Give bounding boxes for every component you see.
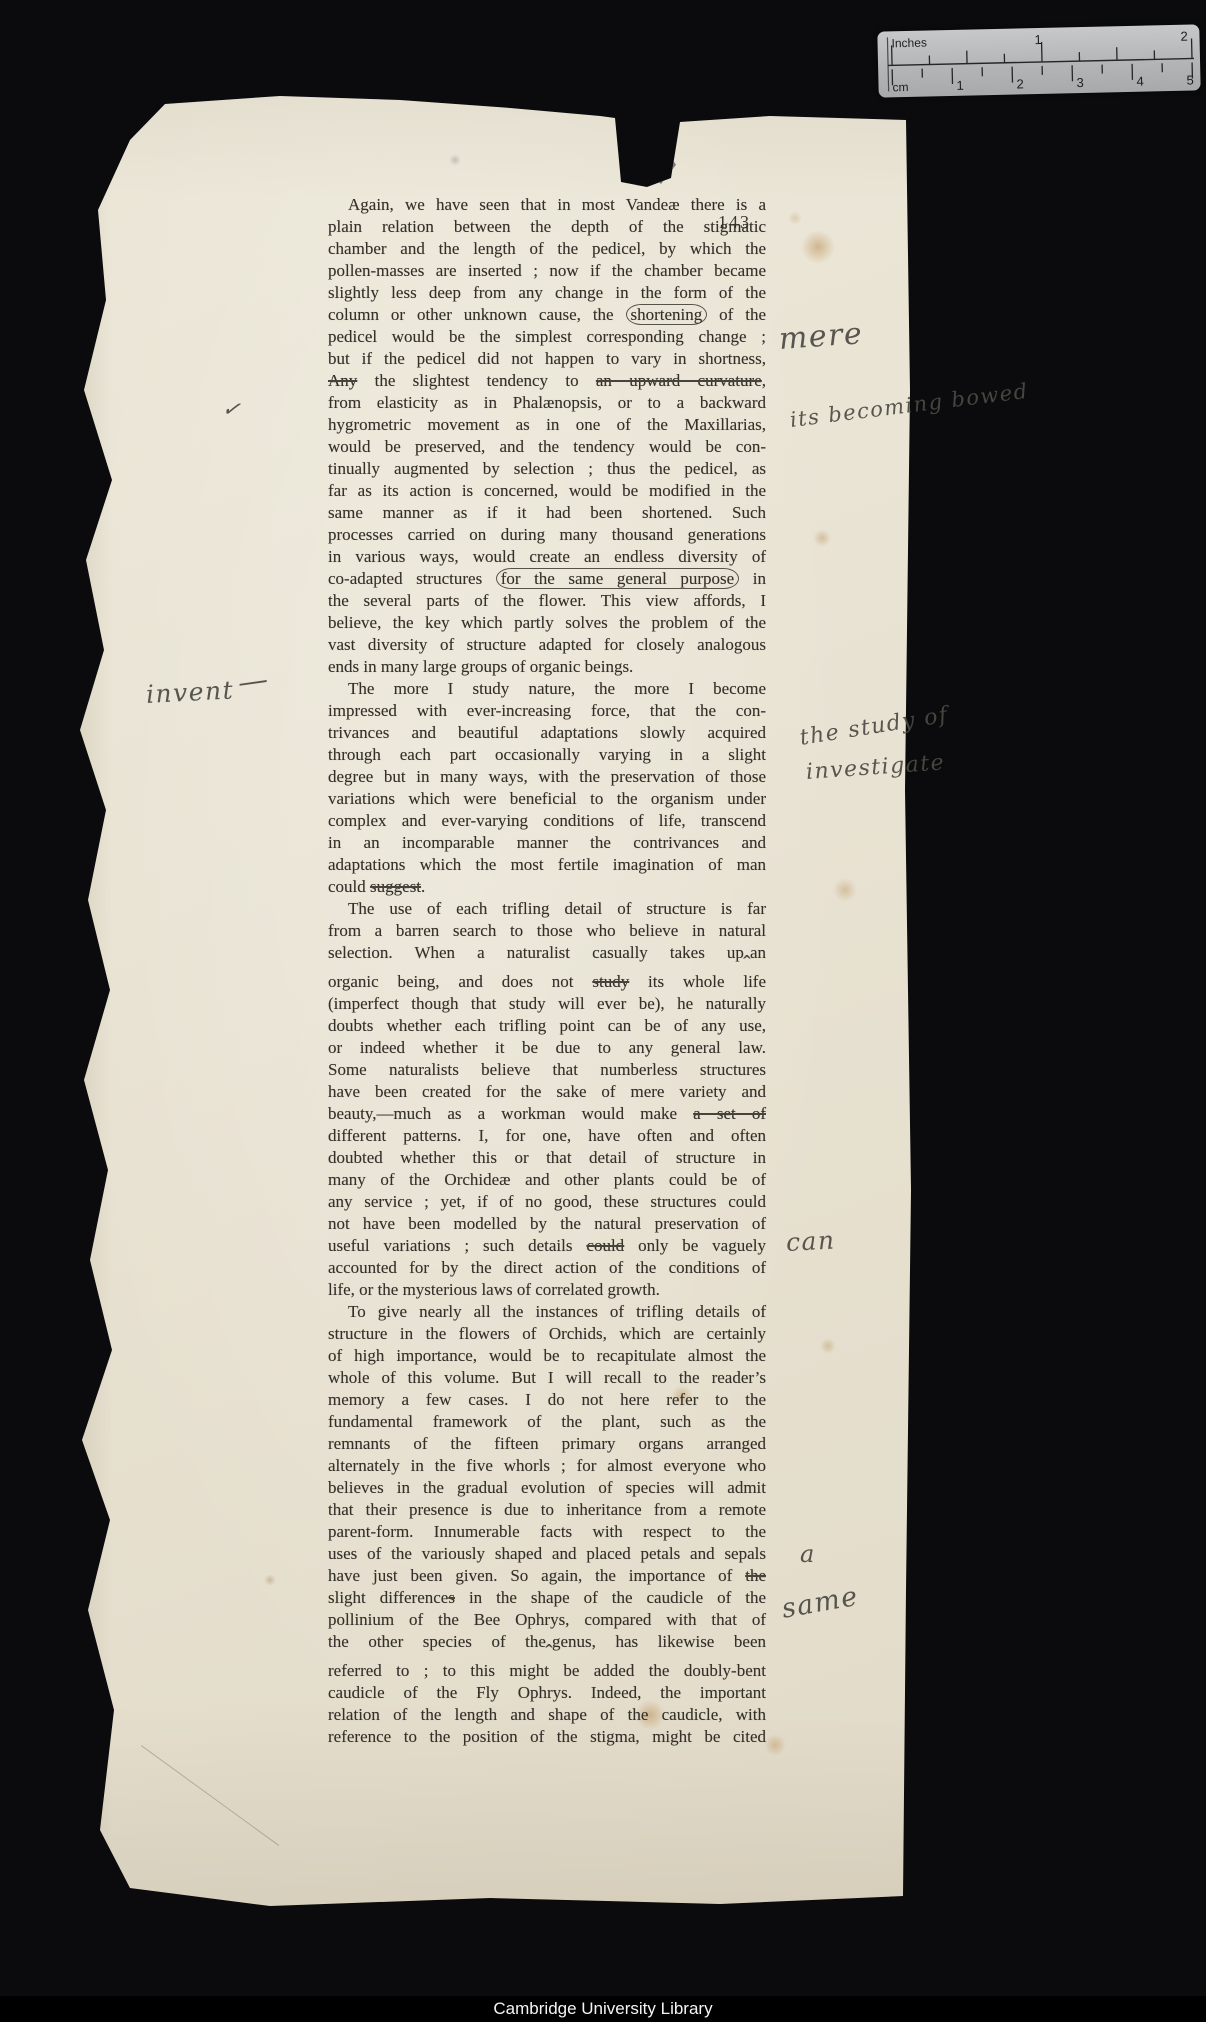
handwritten-note: invent bbox=[145, 675, 235, 709]
text-line: but if the pedicel did not happen to var… bbox=[328, 348, 766, 370]
text-line: have just been given. So again, the impo… bbox=[328, 1565, 766, 1587]
ruler-ticks bbox=[892, 39, 1193, 86]
ruler-cm-5: 5 bbox=[1186, 72, 1194, 87]
text-line: Some naturalists believe that numberless… bbox=[328, 1059, 766, 1081]
text-column: Again, we have seen that in most Vandeæ … bbox=[328, 194, 766, 1748]
text-line: chamber and the length of the pedicel, b… bbox=[328, 238, 766, 260]
text-line: processes carried on during many thousan… bbox=[328, 524, 766, 546]
text-line: useful variations ; such details could o… bbox=[328, 1235, 766, 1257]
struck-text: study bbox=[592, 972, 629, 991]
struck-text: s bbox=[448, 1588, 455, 1607]
text-line: variations which were beneficial to the … bbox=[328, 788, 766, 810]
text-line: could suggest. bbox=[328, 876, 766, 898]
text-line: in an incomparable manner the contrivanc… bbox=[328, 832, 766, 854]
text-line: the several parts of the flower. This vi… bbox=[328, 590, 766, 612]
text-line: structure in the flowers of Orchids, whi… bbox=[328, 1323, 766, 1345]
ruler-inches-label: Inches bbox=[891, 36, 927, 51]
ruler: Inches 1 2 cm 1 2 3 4 5 bbox=[877, 24, 1200, 97]
handwritten-note: can bbox=[785, 1225, 836, 1257]
handwritten-note: ✓ bbox=[220, 396, 243, 424]
text-line: would be preserved, and the tendency wou… bbox=[328, 436, 766, 458]
text-line: adaptations which the most fertile imagi… bbox=[328, 854, 766, 876]
text-line: alternately in the five whorls ; for alm… bbox=[328, 1455, 766, 1477]
text-line: The use of each trifling detail of struc… bbox=[328, 898, 766, 920]
text-line: caudicle of the Fly Ophrys. Indeed, the … bbox=[328, 1682, 766, 1704]
ruler-cm-3: 3 bbox=[1076, 75, 1084, 90]
text-line: believes in the gradual evolution of spe… bbox=[328, 1477, 766, 1499]
caret-mark: ^ bbox=[742, 953, 752, 967]
text-line: from elasticity as in Phalænopsis, or to… bbox=[328, 392, 766, 414]
text-line: ends in many large groups of organic bei… bbox=[328, 656, 766, 678]
caption-bar: Cambridge University Library bbox=[0, 1996, 1206, 2022]
scan-canvas: Inches 1 2 cm 1 2 3 4 5 143 Again, we ha… bbox=[0, 0, 1206, 2022]
text-line: far as its action is concerned, would be… bbox=[328, 480, 766, 502]
text-line: referred to ; to this might be added the… bbox=[328, 1660, 766, 1682]
struck-text: the bbox=[745, 1566, 766, 1585]
caret-mark: ^ bbox=[544, 1642, 554, 1656]
text-line: fundamental framework of the plant, such… bbox=[328, 1411, 766, 1433]
handwritten-note: — bbox=[236, 662, 272, 701]
ruler-inch-1: 1 bbox=[1034, 32, 1042, 47]
caption-text: Cambridge University Library bbox=[493, 1999, 712, 2019]
ruler-scale: Inches 1 2 cm 1 2 3 4 5 bbox=[877, 24, 1200, 97]
handwritten-note: mere bbox=[778, 316, 865, 357]
text-line: from a barren search to those who believ… bbox=[328, 920, 766, 942]
handwritten-note: a bbox=[800, 1540, 816, 1568]
text-line: selection. When a naturalist casually ta… bbox=[328, 942, 766, 971]
text-line: pedicel would be the simplest correspond… bbox=[328, 326, 766, 348]
text-line: trivances and beautiful adaptations slow… bbox=[328, 722, 766, 744]
text-line: slight differences in the shape of the c… bbox=[328, 1587, 766, 1609]
ruler-cm-label: cm bbox=[892, 80, 908, 94]
text-line: life, or the mysterious laws of correlat… bbox=[328, 1279, 766, 1301]
circled-text: for the same general purpose bbox=[496, 568, 740, 589]
torn-notch-flap bbox=[626, 120, 676, 184]
text-line: co-adapted structures for the same gener… bbox=[328, 568, 766, 590]
struck-text: could bbox=[586, 1236, 624, 1255]
text-line: memory a few cases. I do not here refer … bbox=[328, 1389, 766, 1411]
ruler-cm-1: 1 bbox=[956, 78, 964, 93]
text-line: different patterns. I, for one, have oft… bbox=[328, 1125, 766, 1147]
text-line: many of the Orchideæ and other plants co… bbox=[328, 1169, 766, 1191]
struck-text: an upward curvature bbox=[596, 371, 762, 390]
text-line: uses of the variously shaped and placed … bbox=[328, 1543, 766, 1565]
text-line: organic being, and does not study its wh… bbox=[328, 971, 766, 993]
struck-text: Any bbox=[328, 371, 357, 390]
text-line: plain relation between the depth of the … bbox=[328, 216, 766, 238]
struck-text: suggest bbox=[370, 877, 421, 896]
text-line: whole of this volume. But I will recall … bbox=[328, 1367, 766, 1389]
text-line: doubted whether this or that detail of s… bbox=[328, 1147, 766, 1169]
text-line: (imperfect though that study will ever b… bbox=[328, 993, 766, 1015]
text-line: Again, we have seen that in most Vandeæ … bbox=[328, 194, 766, 216]
text-line: hygrometric movement as in one of the Ma… bbox=[328, 414, 766, 436]
page-crease bbox=[141, 1745, 279, 1846]
text-line: accounted for by the direct action of th… bbox=[328, 1257, 766, 1279]
ruler-inch-2: 2 bbox=[1180, 29, 1188, 44]
text-line: column or other unknown cause, the short… bbox=[328, 304, 766, 326]
text-line: have been created for the sake of mere v… bbox=[328, 1081, 766, 1103]
text-line: doubts whether each trifling point can b… bbox=[328, 1015, 766, 1037]
text-line: any service ; yet, if of no good, these … bbox=[328, 1191, 766, 1213]
text-line: that their presence is due to inheritanc… bbox=[328, 1499, 766, 1521]
ruler-cm-4: 4 bbox=[1136, 74, 1144, 89]
text-line: same manner as if it had been shortened.… bbox=[328, 502, 766, 524]
text-line: believe, the key which partly solves the… bbox=[328, 612, 766, 634]
text-line: parent-form. Innumerable facts with resp… bbox=[328, 1521, 766, 1543]
text-line: of high importance, would be to recapitu… bbox=[328, 1345, 766, 1367]
text-line: To give nearly all the instances of trif… bbox=[328, 1301, 766, 1323]
text-line: complex and ever-varying conditions of l… bbox=[328, 810, 766, 832]
text-line: pollinium of the Bee Ophrys, compared wi… bbox=[328, 1609, 766, 1631]
text-line: tinually augmented by selection ; thus t… bbox=[328, 458, 766, 480]
text-line: The more I study nature, the more I beco… bbox=[328, 678, 766, 700]
struck-text: a set of bbox=[693, 1104, 766, 1123]
text-line: reference to the position of the stigma,… bbox=[328, 1726, 766, 1748]
ruler-cm-2: 2 bbox=[1016, 76, 1024, 91]
text-line: vast diversity of structure adapted for … bbox=[328, 634, 766, 656]
text-line: Any the slightest tendency to an upward … bbox=[328, 370, 766, 392]
text-line: through each part occasionally varying i… bbox=[328, 744, 766, 766]
text-line: pollen-masses are inserted ; now if the … bbox=[328, 260, 766, 282]
circled-text: shortening bbox=[626, 304, 708, 325]
manuscript-page: 143 Again, we have seen that in most Van… bbox=[70, 90, 915, 1920]
text-line: in various ways, would create an endless… bbox=[328, 546, 766, 568]
text-line: not have been modelled by the natural pr… bbox=[328, 1213, 766, 1235]
text-line: slightly less deep from any change in th… bbox=[328, 282, 766, 304]
text-line: beauty,—much as a workman would make a s… bbox=[328, 1103, 766, 1125]
text-line: degree but in many ways, with the preser… bbox=[328, 766, 766, 788]
text-line: or indeed whether it be due to any gener… bbox=[328, 1037, 766, 1059]
text-line: remnants of the fifteen primary organs a… bbox=[328, 1433, 766, 1455]
text-line: the other species of the^genus, has like… bbox=[328, 1631, 766, 1660]
text-line: impressed with ever-increasing force, th… bbox=[328, 700, 766, 722]
text-line: relation of the length and shape of the … bbox=[328, 1704, 766, 1726]
